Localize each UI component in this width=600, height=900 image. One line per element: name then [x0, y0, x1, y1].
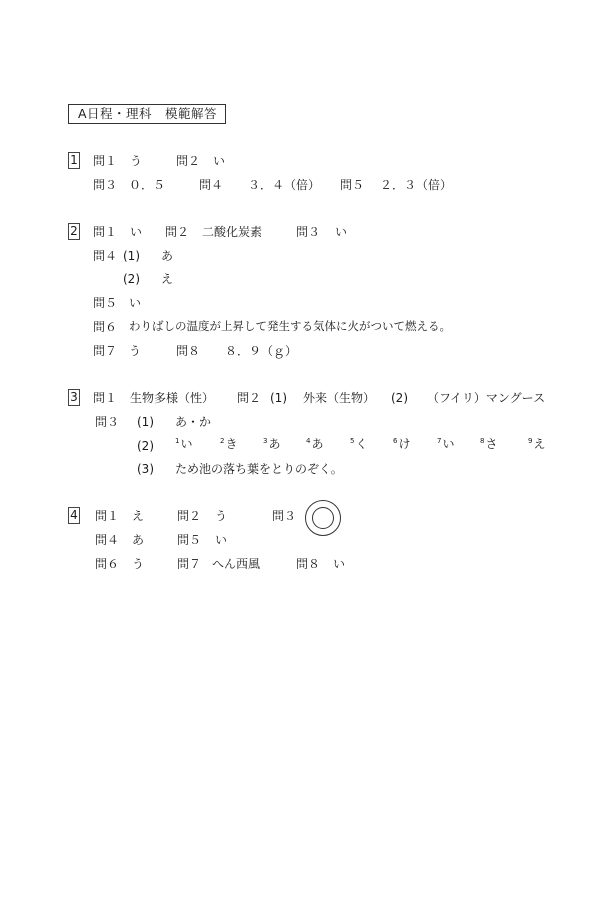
- question-label: 問５: [340, 179, 364, 191]
- question-label: 問６: [93, 321, 117, 333]
- answer: え: [161, 273, 173, 285]
- answer: え: [132, 510, 144, 522]
- double-circle-symbol-icon: [305, 500, 341, 536]
- answer: （フイリ）マングース: [427, 392, 545, 404]
- sub-label: (1): [137, 416, 154, 428]
- sub-label: (1): [123, 250, 140, 262]
- sub-label: (1): [270, 392, 287, 404]
- question-label: 問３: [95, 416, 119, 428]
- answer: ため池の落ち葉をとりのぞく。: [175, 463, 343, 475]
- page-title: A日程・理科 模範解答: [68, 104, 226, 124]
- section-number-1: 1: [68, 152, 80, 169]
- answer: い: [130, 226, 142, 238]
- question-label: 問３: [272, 510, 296, 522]
- numbered-answer: 4あ: [306, 438, 323, 450]
- sub-label: (3): [137, 463, 154, 475]
- question-label: 問２: [165, 226, 189, 238]
- question-label: 問１: [93, 392, 117, 404]
- numbered-answer: 1い: [175, 438, 192, 450]
- question-label: 問５: [177, 534, 201, 546]
- numbered-answer: 5く: [350, 438, 367, 450]
- answer: あ: [132, 534, 144, 546]
- answer: い: [129, 297, 141, 309]
- question-label: 問１: [93, 226, 117, 238]
- answer: い: [215, 534, 227, 546]
- answer: う: [129, 345, 141, 357]
- question-label: 問６: [95, 558, 119, 570]
- numbered-answer: 6け: [393, 438, 410, 450]
- question-label: 問４: [95, 534, 119, 546]
- answer: う: [215, 510, 227, 522]
- sub-label: (2): [391, 392, 408, 404]
- section-number-2: 2: [68, 223, 80, 240]
- question-label: 問１: [93, 155, 117, 167]
- answer: ８．９（ｇ）: [225, 345, 297, 357]
- question-label: 問５: [93, 297, 117, 309]
- question-label: 問８: [296, 558, 320, 570]
- section-number-3: 3: [68, 389, 80, 406]
- sub-label: (2): [123, 273, 140, 285]
- question-label: 問２: [237, 392, 261, 404]
- question-label: 問４: [93, 250, 117, 262]
- question-label: 問３: [93, 179, 117, 191]
- question-label: 問２: [177, 510, 201, 522]
- answer: 外来（生物）: [303, 392, 375, 404]
- answer: ０．５: [129, 179, 165, 191]
- answer: ２．３（倍）: [380, 179, 452, 191]
- inner-circle: [312, 507, 334, 529]
- question-label: 問３: [296, 226, 320, 238]
- answer: あ: [161, 250, 173, 262]
- sub-label: (2): [137, 440, 154, 452]
- numbered-answer: 2き: [220, 438, 237, 450]
- answer: う: [132, 558, 144, 570]
- answer: 二酸化炭素: [202, 226, 262, 238]
- question-label: 問７: [93, 345, 117, 357]
- question-label: 問４: [199, 179, 223, 191]
- answer: い: [333, 558, 345, 570]
- answer: わりばしの温度が上昇して発生する気体に火がついて燃える。: [129, 321, 451, 333]
- numbered-answer: 8さ: [480, 438, 497, 450]
- question-label: 問８: [176, 345, 200, 357]
- answer: 生物多様（性）: [130, 392, 214, 404]
- numbered-answer: 7い: [437, 438, 454, 450]
- numbered-answer: 9え: [528, 438, 545, 450]
- question-label: 問１: [95, 510, 119, 522]
- answer: へん西風: [212, 558, 260, 570]
- answer: う: [130, 155, 142, 167]
- section-number-4: 4: [68, 507, 80, 524]
- answer: い: [335, 226, 347, 238]
- answer: い: [213, 155, 225, 167]
- answer: あ・か: [175, 416, 211, 428]
- answer: ３．４（倍）: [248, 179, 320, 191]
- question-label: 問２: [176, 155, 200, 167]
- numbered-answer: 3あ: [263, 438, 280, 450]
- question-label: 問７: [177, 558, 201, 570]
